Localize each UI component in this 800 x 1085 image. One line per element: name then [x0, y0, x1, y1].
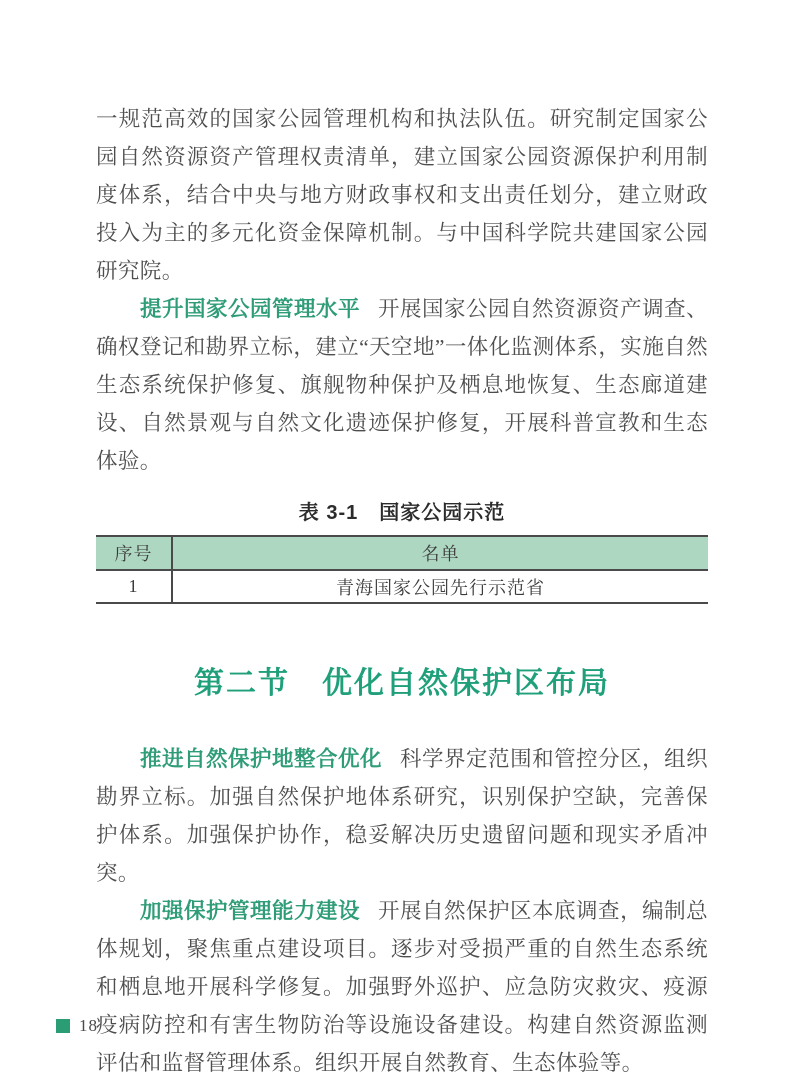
table-caption: 表 3-1 国家公园示范 [96, 496, 708, 525]
document-page: 一规范高效的国家公园管理机构和执法队伍。研究制定国家公园自然资源资产管理权责清单… [0, 0, 800, 1085]
paragraph-lead: 加强保护管理能力建设 [140, 899, 360, 923]
page-marker-square-icon [56, 1019, 70, 1033]
paragraph-lead: 提升国家公园管理水平 [140, 297, 360, 321]
table-header-cell-index: 序号 [96, 536, 172, 570]
section-heading: 第二节 优化自然保护区布局 [96, 666, 708, 702]
table-head: 序号 名单 [96, 536, 708, 570]
table-cell-index: 1 [96, 570, 172, 603]
table-header-row: 序号 名单 [96, 536, 708, 570]
paragraph-continuation: 一规范高效的国家公园管理机构和执法队伍。研究制定国家公园自然资源资产管理权责清单… [96, 100, 708, 290]
paragraph-lead: 推进自然保护地整合优化 [140, 747, 382, 771]
paragraph-text: 开展自然保护区本底调查，编制总体规划，聚焦重点建设项目。逐步对受损严重的自然生态… [96, 899, 708, 1075]
table-row: 1 青海国家公园先行示范省 [96, 570, 708, 603]
paragraph: 推进自然保护地整合优化科学界定范围和管控分区，组织勘界立标。加强自然保护地体系研… [96, 740, 708, 892]
table-cell-name: 青海国家公园先行示范省 [172, 570, 708, 603]
national-park-table: 序号 名单 1 青海国家公园先行示范省 [96, 535, 708, 604]
page-content: 一规范高效的国家公园管理机构和执法队伍。研究制定国家公园自然资源资产管理权责清单… [96, 100, 708, 1082]
table-body: 1 青海国家公园先行示范省 [96, 570, 708, 603]
page-number: 18 [79, 1016, 98, 1036]
table-header-cell-name: 名单 [172, 536, 708, 570]
page-footer: 18 [56, 1016, 98, 1036]
paragraph: 提升国家公园管理水平开展国家公园自然资源资产调查、确权登记和勘界立标，建立“天空… [96, 290, 708, 480]
paragraph: 加强保护管理能力建设开展自然保护区本底调查，编制总体规划，聚焦重点建设项目。逐步… [96, 892, 708, 1082]
paragraph-text: 开展国家公园自然资源资产调查、确权登记和勘界立标，建立“天空地”一体化监测体系，… [96, 297, 708, 473]
